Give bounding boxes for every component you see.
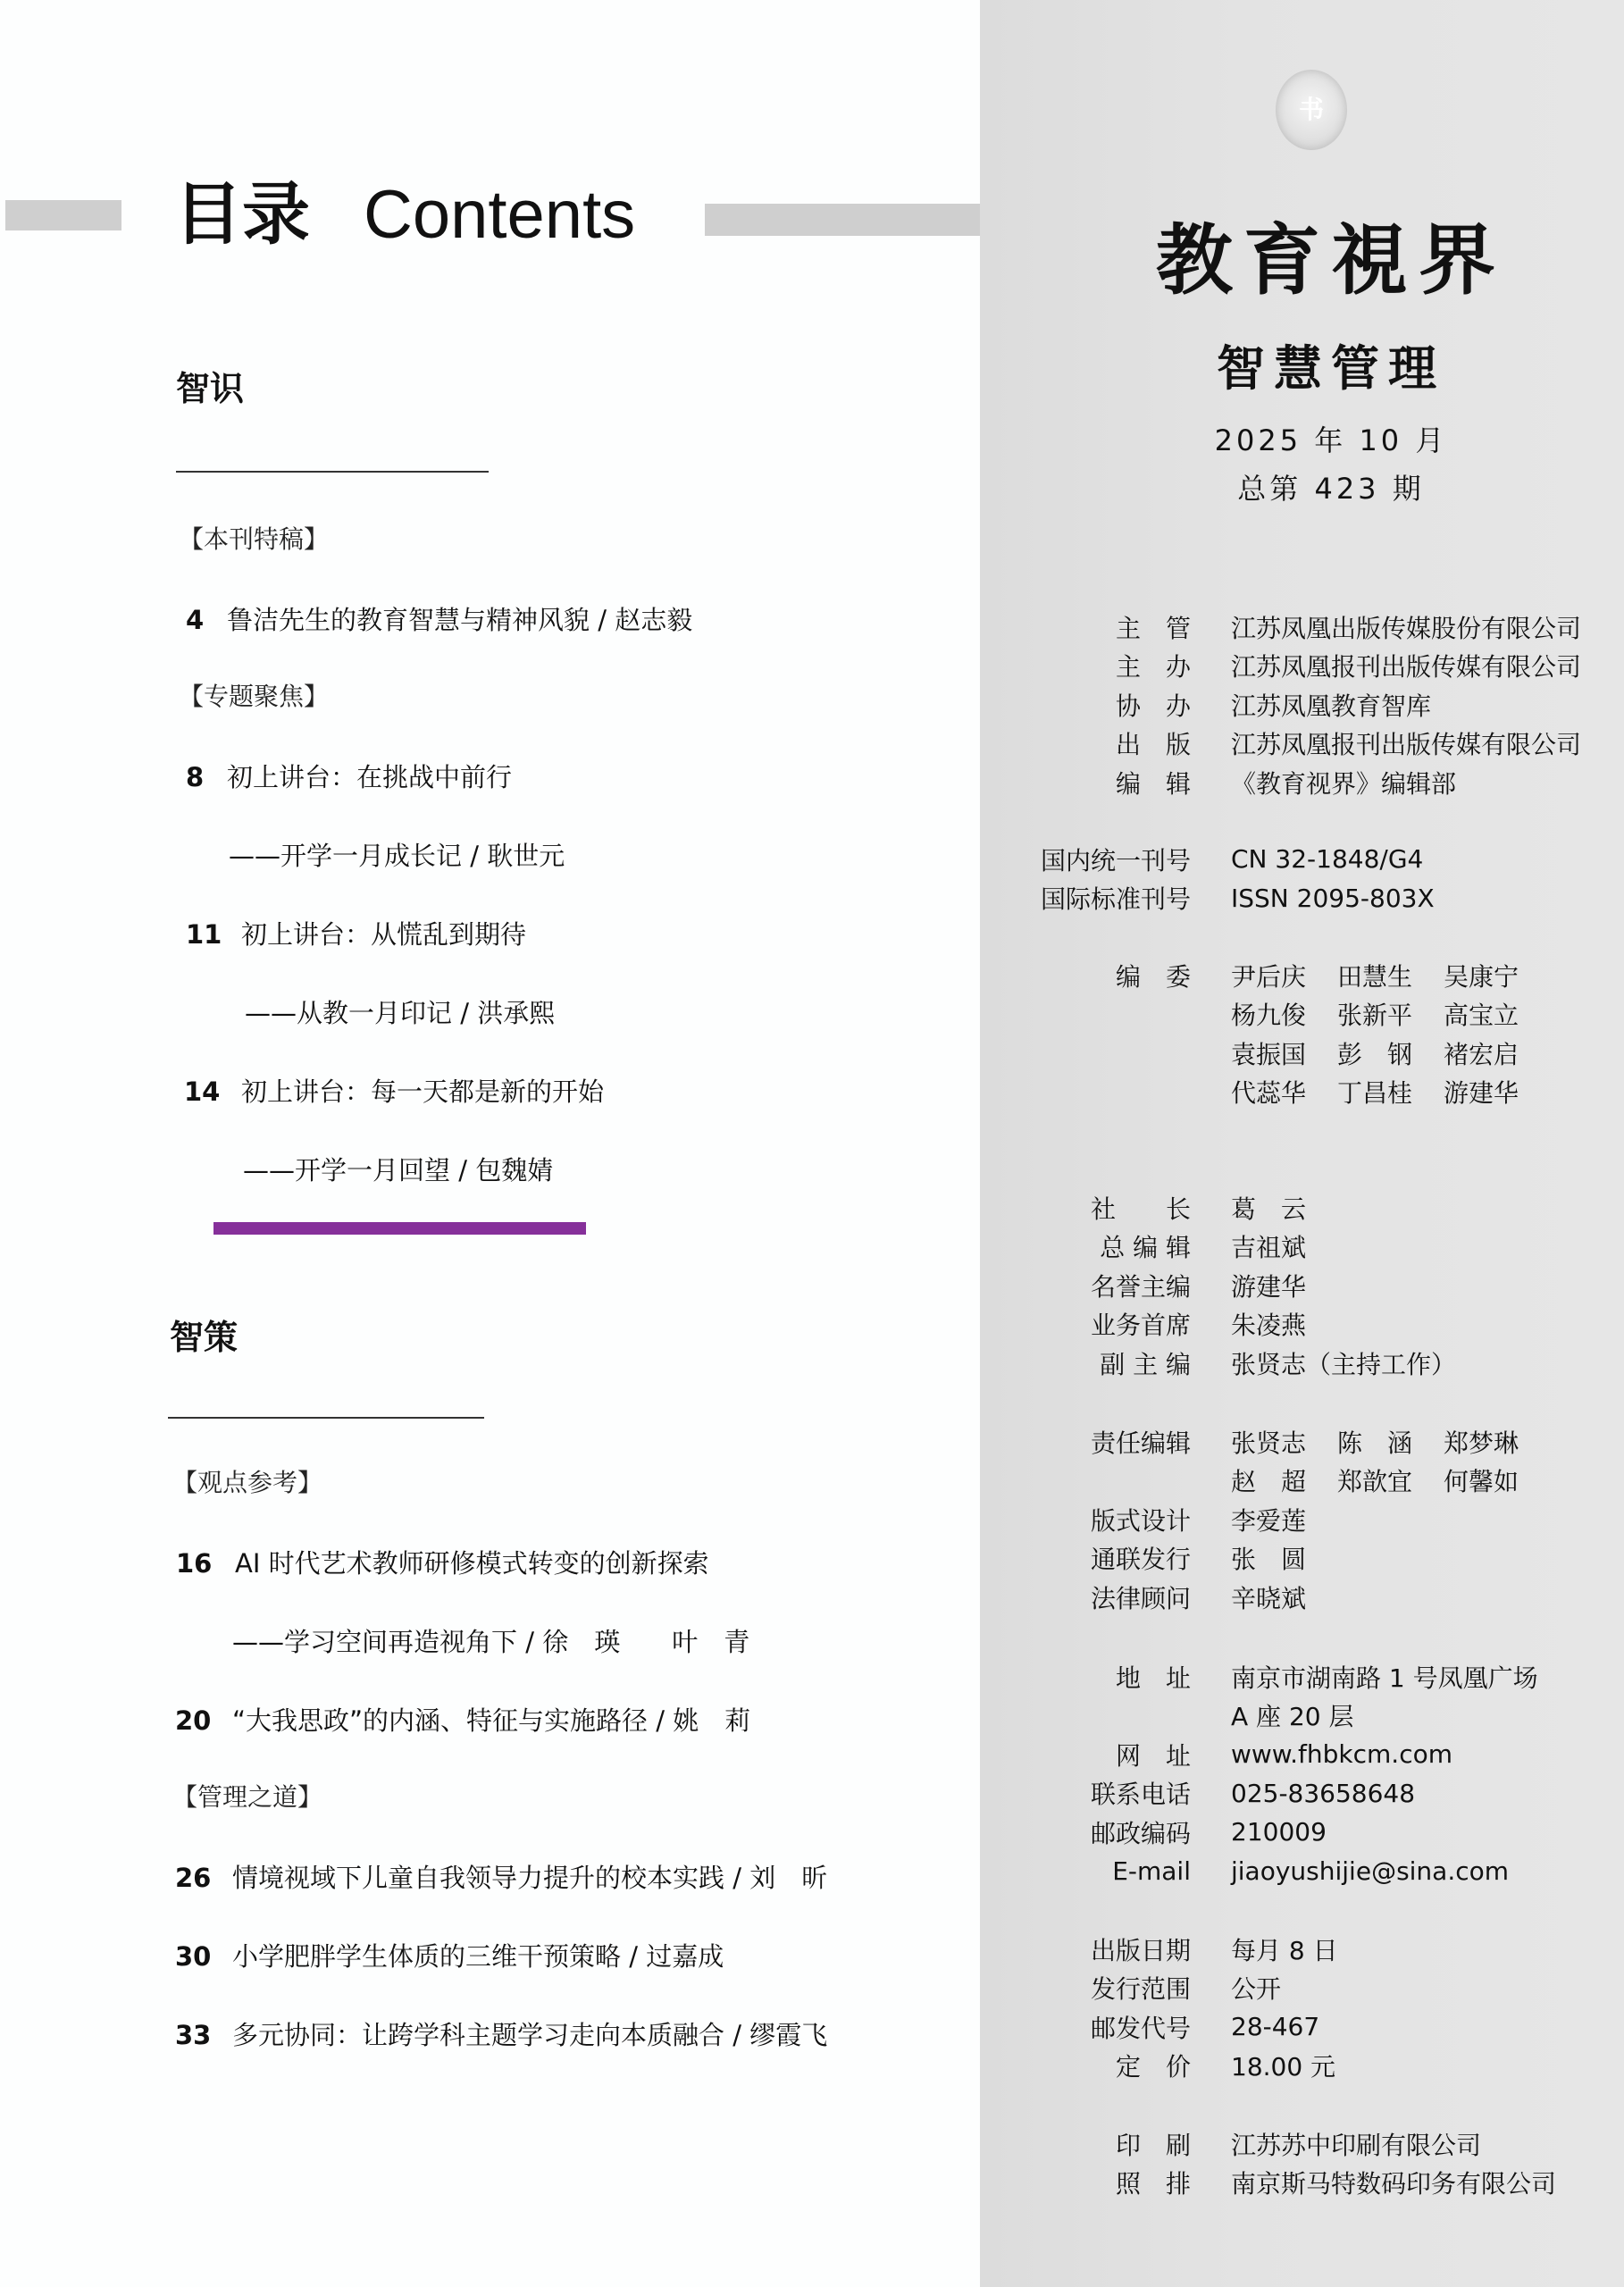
category-label: 【本刊特稿】: [179, 520, 329, 556]
board-member: 吴康宁: [1444, 958, 1550, 993]
edition-name: 智慧管理: [1143, 331, 1519, 399]
info-label: 出版日期: [1018, 1931, 1191, 1967]
info-label: 责任编辑: [1018, 1424, 1191, 1460]
section-rule: [168, 1417, 484, 1419]
info-label: 邮发代号: [1018, 2009, 1191, 2045]
info-value: ISSN 2095-803X: [1231, 884, 1435, 913]
info-label: 邮政编码: [1018, 1814, 1191, 1850]
info-value: 28-467: [1231, 2012, 1319, 2041]
toc-entry[interactable]: 33多元协同：让跨学科主题学习走向本质融合 / 缪霞飞: [175, 2015, 827, 2052]
info-label: 业务首席: [1018, 1306, 1191, 1342]
page-number: 11: [186, 919, 241, 950]
info-label: 印 刷: [1018, 2126, 1191, 2162]
info-label: 定 价: [1018, 2048, 1191, 2083]
info-value: 张贤志（主持工作）: [1231, 1345, 1456, 1381]
editor-name: 郑梦琳: [1444, 1424, 1550, 1460]
info-value: 游建华: [1231, 1268, 1306, 1303]
toc-entry[interactable]: 16AI 时代艺术教师研修模式转变的创新探索: [176, 1544, 709, 1580]
section-rule: [176, 471, 489, 473]
section-heading: 智识: [176, 361, 244, 410]
info-label: 编 委: [1018, 958, 1191, 993]
phone-value: 025-83658648: [1231, 1779, 1415, 1808]
issue-number: 总第 423 期: [1143, 466, 1519, 507]
toc-entry[interactable]: 26情境视域下儿童自我领导力提升的校本实践 / 刘 昕: [175, 1858, 827, 1895]
info-label: E-mail: [1018, 1856, 1191, 1886]
info-label: 编 辑: [1018, 765, 1191, 800]
board-member: 袁振国: [1231, 1035, 1337, 1071]
printing-block: 印 刷江苏苏中印刷有限公司 照 排南京斯马特数码印务有限公司: [1018, 2124, 1624, 2202]
info-label: 副 主 编: [1018, 1345, 1191, 1381]
editors-block: 责任编辑张贤志陈 涵郑梦琳 赵 超郑歆宜何馨如 版式设计李爱莲 通联发行张 圆 …: [1018, 1422, 1624, 1617]
info-label: 主 管: [1018, 609, 1191, 645]
info-label: 通联发行: [1018, 1540, 1191, 1576]
info-value: CN 32-1848/G4: [1231, 844, 1423, 874]
info-label: 国际标准刊号: [1018, 880, 1191, 916]
info-value: 吉祖斌: [1231, 1228, 1306, 1264]
sponsors-block: 主 管江苏凤凰出版传媒股份有限公司 主 办江苏凤凰报刊出版传媒有限公司 协 办江…: [1018, 607, 1624, 802]
toc-entry[interactable]: 11初上讲台：从慌乱到期待: [186, 915, 526, 951]
board-member: 张新平: [1337, 996, 1444, 1032]
editor-name: 赵 超: [1231, 1462, 1337, 1498]
board-member: 田慧生: [1337, 958, 1444, 993]
serials-block: 国内统一刊号CN 32-1848/G4 国际标准刊号ISSN 2095-803X: [1018, 840, 1624, 917]
section-heading: 智策: [170, 1310, 238, 1359]
issue-date: 2025 年 10 月: [1143, 418, 1519, 459]
email-link[interactable]: jiaoyushijie@sina.com: [1231, 1856, 1509, 1886]
info-value: 18.00 元: [1231, 2048, 1335, 2083]
board-member: 游建华: [1444, 1074, 1550, 1110]
info-label: 名誉主编: [1018, 1268, 1191, 1303]
toc-entry[interactable]: 14初上讲台：每一天都是新的开始: [184, 1072, 604, 1109]
entry-title: 鲁洁先生的教育智慧与精神风貌 / 赵志毅: [227, 605, 692, 635]
info-label: 国内统一刊号: [1018, 842, 1191, 877]
decorative-gray-bar-left: [5, 200, 121, 230]
entry-subtitle[interactable]: ——学习空间再造视角下 / 徐 瑛 叶 青: [232, 1622, 749, 1659]
info-value: 《教育视界》编辑部: [1231, 765, 1456, 800]
info-value: 江苏凤凰报刊出版传媒有限公司: [1231, 725, 1581, 761]
info-label: 发行范围: [1018, 1970, 1191, 2006]
info-label: 照 排: [1018, 2165, 1191, 2200]
publisher-logo-icon: 书: [1276, 70, 1347, 150]
entry-title: 情境视域下儿童自我领导力提升的校本实践 / 刘 昕: [232, 1863, 827, 1893]
toc-entry[interactable]: 20“大我思政”的内涵、特征与实施路径 / 姚 莉: [175, 1701, 750, 1738]
info-label: 版式设计: [1018, 1502, 1191, 1537]
board-member: 尹后庆: [1231, 958, 1337, 993]
info-value: 张 圆: [1231, 1540, 1306, 1576]
info-label: 协 办: [1018, 687, 1191, 723]
entry-title: 小学肥胖学生体质的三维干预策略 / 过嘉成: [232, 1941, 724, 1972]
page-number: 26: [175, 1863, 232, 1893]
entry-title: 初上讲台：从慌乱到期待: [241, 919, 526, 950]
address-value: 南京市湖南路 1 号凤凰广场: [1231, 1659, 1538, 1695]
editor-name: 郑歆宜: [1337, 1462, 1444, 1498]
contents-page: 目录Contents 智识 【本刊特稿】 4鲁洁先生的教育智慧与精神风貌 / 赵…: [0, 0, 980, 2287]
entry-subtitle[interactable]: ——从教一月印记 / 洪承熙: [245, 993, 555, 1030]
info-value: 南京斯马特数码印务有限公司: [1231, 2165, 1556, 2200]
entry-title: 多元协同：让跨学科主题学习走向本质融合 / 缪霞飞: [232, 2020, 827, 2050]
board-member: 丁昌桂: [1337, 1074, 1444, 1110]
entry-subtitle[interactable]: ——开学一月回望 / 包魏婧: [243, 1151, 553, 1187]
leadership-block: 社 长葛 云 总 编 辑吉祖斌 名誉主编游建华 业务首席朱凌燕 副 主 编张贤志…: [1018, 1188, 1624, 1383]
info-value: 每月 8 日: [1231, 1931, 1338, 1967]
category-label: 【专题聚焦】: [179, 677, 329, 713]
page-number: 8: [186, 762, 227, 792]
info-label: 网 址: [1018, 1737, 1191, 1772]
board-member: 杨九俊: [1231, 996, 1337, 1032]
postcode-value: 210009: [1231, 1817, 1327, 1847]
toc-entry[interactable]: 30小学肥胖学生体质的三维干预策略 / 过嘉成: [175, 1937, 724, 1973]
page-number: 14: [184, 1076, 241, 1107]
entry-subtitle[interactable]: ——开学一月成长记 / 耿世元: [229, 836, 565, 873]
entry-title: “大我思政”的内涵、特征与实施路径 / 姚 莉: [232, 1705, 750, 1736]
page-number: 30: [175, 1941, 232, 1972]
magazine-title: 教育視界: [1134, 198, 1528, 309]
contact-block: 地 址南京市湖南路 1 号凤凰广场 A 座 20 层 网 址www.fhbkcm…: [1018, 1657, 1624, 1890]
info-value: 李爱莲: [1231, 1502, 1306, 1537]
info-label: 出 版: [1018, 725, 1191, 761]
entry-title: AI 时代艺术教师研修模式转变的创新探索: [235, 1548, 709, 1579]
info-value: 公开: [1231, 1970, 1281, 2006]
editor-name: 陈 涵: [1337, 1424, 1444, 1460]
toc-entry[interactable]: 4鲁洁先生的教育智慧与精神风貌 / 赵志毅: [186, 600, 692, 637]
category-label: 【观点参考】: [172, 1463, 322, 1499]
publication-block: 出版日期每月 8 日 发行范围公开 邮发代号28-467 定 价18.00 元: [1018, 1930, 1624, 2085]
page-number: 20: [175, 1705, 232, 1736]
info-label: 主 办: [1018, 648, 1191, 683]
contents-title: 目录Contents: [174, 177, 635, 254]
editor-name: 张贤志: [1231, 1424, 1337, 1460]
title-en: Contents: [364, 177, 635, 253]
info-value: 朱凌燕: [1231, 1306, 1306, 1342]
info-value: 江苏苏中印刷有限公司: [1231, 2126, 1481, 2162]
board-member: 高宝立: [1444, 996, 1550, 1032]
info-label: 联系电话: [1018, 1775, 1191, 1811]
board-member: 褚宏启: [1444, 1035, 1550, 1071]
info-label: 总 编 辑: [1018, 1228, 1191, 1264]
category-label: 【管理之道】: [172, 1778, 322, 1814]
entry-title: 初上讲台：在挑战中前行: [227, 762, 512, 792]
info-value: 辛晓斌: [1231, 1579, 1306, 1615]
title-cn: 目录: [174, 177, 310, 253]
info-value: 江苏凤凰出版传媒股份有限公司: [1231, 609, 1581, 645]
entry-title: 初上讲台：每一天都是新的开始: [241, 1076, 604, 1107]
website-link[interactable]: www.fhbkcm.com: [1231, 1739, 1452, 1769]
accent-divider: [213, 1222, 586, 1235]
info-label: 地 址: [1018, 1659, 1191, 1695]
info-value: 江苏凤凰教育智库: [1231, 687, 1431, 723]
board-member: 代蕊华: [1231, 1074, 1337, 1110]
page-number: 4: [186, 605, 227, 635]
page-number: 33: [175, 2020, 232, 2050]
decorative-gray-bar-right: [705, 204, 982, 236]
page-number: 16: [176, 1548, 235, 1579]
editorial-board-block: 编 委尹后庆田慧生吴康宁 杨九俊张新平高宝立 袁振国彭 钢褚宏启 代蕊华丁昌桂游…: [1018, 956, 1624, 1111]
info-label: 社 长: [1018, 1190, 1191, 1226]
info-value: 葛 云: [1231, 1190, 1306, 1226]
info-value: 江苏凤凰报刊出版传媒有限公司: [1231, 648, 1581, 683]
toc-entry[interactable]: 8初上讲台：在挑战中前行: [186, 758, 512, 794]
editor-name: 何馨如: [1444, 1462, 1550, 1498]
board-member: 彭 钢: [1337, 1035, 1444, 1071]
info-label: 法律顾问: [1018, 1579, 1191, 1615]
address-value: A 座 20 层: [1231, 1697, 1354, 1733]
